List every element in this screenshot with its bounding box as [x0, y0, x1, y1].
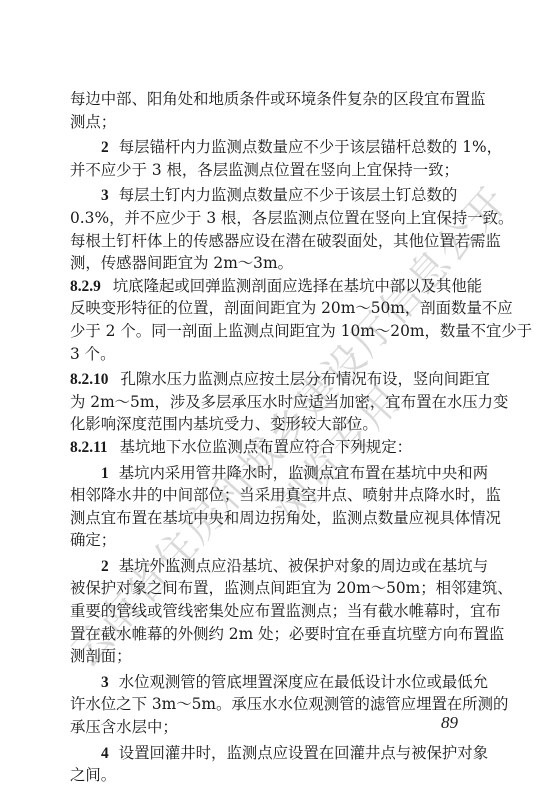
line-text: 被保护对象之间布置，监测点间距宜为 20m～50m；相邻建筑、 — [70, 579, 513, 597]
text-line: 之间。 — [70, 764, 456, 787]
line-text: 测，传感器间距宜为 2m～3m。 — [70, 254, 293, 272]
body-text: 每边中部、阳角处和地质条件或环境条件复杂的区段宜布置监 测点； 2每层锚杆内力监… — [70, 88, 456, 787]
item-number: 1 — [101, 465, 109, 482]
text-line: 每根土钉杆体上的传感器应设在潜在破裂面处，其他位置若需监 — [70, 230, 456, 253]
text-line: 确定； — [70, 529, 456, 552]
text-line: 重要的管线或管线密集处应布置监测点；当有截水帷幕时，宜布 — [70, 600, 456, 623]
text-line: 为 2m～5m，涉及多层承压水时应适当加密，宜布置在水压力变 — [70, 391, 456, 414]
line-text: 0.3%，并不应少于 3 根，各层监测点位置在竖向上宜保持一致。 — [70, 209, 513, 227]
text-line: 反映变形特征的位置，剖面间距宜为 20m～50m，剖面数量不应 — [70, 297, 456, 320]
list-item-line: 2每层锚杆内力监测点数量应不少于该层锚杆总数的 1%， — [70, 136, 456, 159]
clause-number: 8.2.11 — [70, 439, 108, 456]
line-text: 坑底隆起或回弹监测剖面应选择在基坑中部以及其他能 — [113, 277, 482, 295]
line-text: 反映变形特征的位置，剖面间距宜为 20m～50m，剖面数量不应 — [70, 299, 513, 317]
line-text: 化影响深度范围内基坑受力、变形较大部位。 — [70, 415, 378, 433]
line-text: 基坑内采用管井降水时，监测点宜布置在基坑中央和两 — [119, 464, 488, 482]
text-line: 被保护对象之间布置，监测点间距宜为 20m～50m；相邻建筑、 — [70, 577, 456, 600]
line-text: 测剖面； — [70, 647, 132, 665]
line-text: 每根土钉杆体上的传感器应设在潜在破裂面处，其他位置若需监 — [70, 232, 501, 250]
text-line: 承压含水层中； — [70, 716, 456, 739]
line-text: 孔隙水压力监测点应按土层分布情况布设，竖向间距宜 — [120, 370, 489, 388]
line-text: 每层土钉内力监测点数量应不少于该层土钉总数的 — [119, 186, 458, 204]
line-text: 每层锚杆内力监测点数量应不少于该层锚杆总数的 1%， — [119, 138, 502, 156]
list-item-line: 4设置回灌井时，监测点应设置在回灌井点与被保护对象 — [70, 742, 456, 765]
line-text: 承压含水层中； — [70, 718, 178, 736]
item-number: 3 — [101, 674, 109, 691]
line-text: 水位观测管的管底埋置深度应在最低设计水位或最低允 — [119, 673, 488, 691]
line-text: 并不应少于 3 根，各层监测点位置在竖向上宜保持一致； — [70, 161, 459, 179]
item-number: 2 — [101, 139, 109, 156]
line-text: 重要的管线或管线密集处应布置监测点；当有截水帷幕时，宜布 — [70, 602, 501, 620]
item-number: 4 — [101, 745, 109, 762]
text-line: 许水位之下 3m～5m。承压水水位观测管的滤管应埋置在所测的 — [70, 693, 456, 716]
text-line: 置在截水帷幕的外侧约 2m 处；必要时宜在垂直坑壁方向布置监 — [70, 623, 456, 646]
text-line: 测点宜布置在基坑中央和周边拐角处，监测点数量应视具体情况 — [70, 507, 456, 530]
text-line: 测点； — [70, 111, 456, 134]
line-text: 每边中部、阳角处和地质条件或环境条件复杂的区段宜布置监 — [70, 90, 486, 108]
clause-line: 8.2.11基坑地下水位监测点布置应符合下列规定： — [70, 436, 456, 459]
text-line: 少于 2 个。同一剖面上监测点间距宜为 10m～20m，数量不宜少于 — [70, 320, 456, 343]
list-item-line: 1基坑内采用管井降水时，监测点宜布置在基坑中央和两 — [70, 462, 456, 485]
clause-number: 8.2.10 — [70, 371, 108, 388]
line-text: 测点； — [70, 113, 116, 131]
line-text: 之间。 — [70, 766, 116, 784]
line-text: 少于 2 个。同一剖面上监测点间距宜为 10m～20m，数量不宜少于 — [70, 322, 532, 340]
text-line: 测，传感器间距宜为 2m～3m。 — [70, 252, 456, 275]
text-line: 0.3%，并不应少于 3 根，各层监测点位置在竖向上宜保持一致。 — [70, 207, 456, 230]
text-line: 并不应少于 3 根，各层监测点位置在竖向上宜保持一致； — [70, 159, 456, 182]
line-text: 为 2m～5m，涉及多层承压水时应适当加密，宜布置在水压力变 — [70, 393, 508, 411]
line-text: 基坑地下水位监测点布置应符合下列规定： — [120, 438, 412, 456]
text-line: 化影响深度范围内基坑受力、变形较大部位。 — [70, 413, 456, 436]
line-text: 许水位之下 3m～5m。承压水水位观测管的滤管应埋置在所测的 — [70, 695, 508, 713]
text-line: 3 个。 — [70, 343, 456, 366]
line-text: 设置回灌井时，监测点应设置在回灌井点与被保护对象 — [119, 744, 488, 762]
clause-line: 8.2.9坑底隆起或回弹监测剖面应选择在基坑中部以及其他能 — [70, 275, 456, 298]
line-text: 3 个。 — [70, 345, 115, 363]
document-page: 云南省住房和城乡建设厅信息公开 浏览专用 每边中部、阳角处和地质条件或环境条件复… — [0, 0, 536, 793]
item-number: 3 — [101, 187, 109, 204]
list-item-line: 3每层土钉内力监测点数量应不少于该层土钉总数的 — [70, 184, 456, 207]
line-text: 置在截水帷幕的外侧约 2m 处；必要时宜在垂直坑壁方向布置监 — [70, 625, 504, 643]
text-line: 相邻降水井的中间部位；当采用真空井点、喷射井点降水时，监 — [70, 484, 456, 507]
line-text: 基坑外监测点应沿基坑、被保护对象的周边或在基坑与 — [119, 557, 488, 575]
list-item-line: 2基坑外监测点应沿基坑、被保护对象的周边或在基坑与 — [70, 555, 456, 578]
item-number: 2 — [101, 558, 109, 575]
text-line: 测剖面； — [70, 645, 456, 668]
clause-line: 8.2.10孔隙水压力监测点应按土层分布情况布设，竖向间距宜 — [70, 368, 456, 391]
line-text: 测点宜布置在基坑中央和周边拐角处，监测点数量应视具体情况 — [70, 509, 501, 527]
line-text: 确定； — [70, 531, 116, 549]
list-item-line: 3水位观测管的管底埋置深度应在最低设计水位或最低允 — [70, 671, 456, 694]
clause-number: 8.2.9 — [70, 278, 101, 295]
text-line: 每边中部、阳角处和地质条件或环境条件复杂的区段宜布置监 — [70, 88, 456, 111]
page-number: 89 — [441, 713, 458, 733]
line-text: 相邻降水井的中间部位；当采用真空井点、喷射井点降水时，监 — [70, 486, 501, 504]
